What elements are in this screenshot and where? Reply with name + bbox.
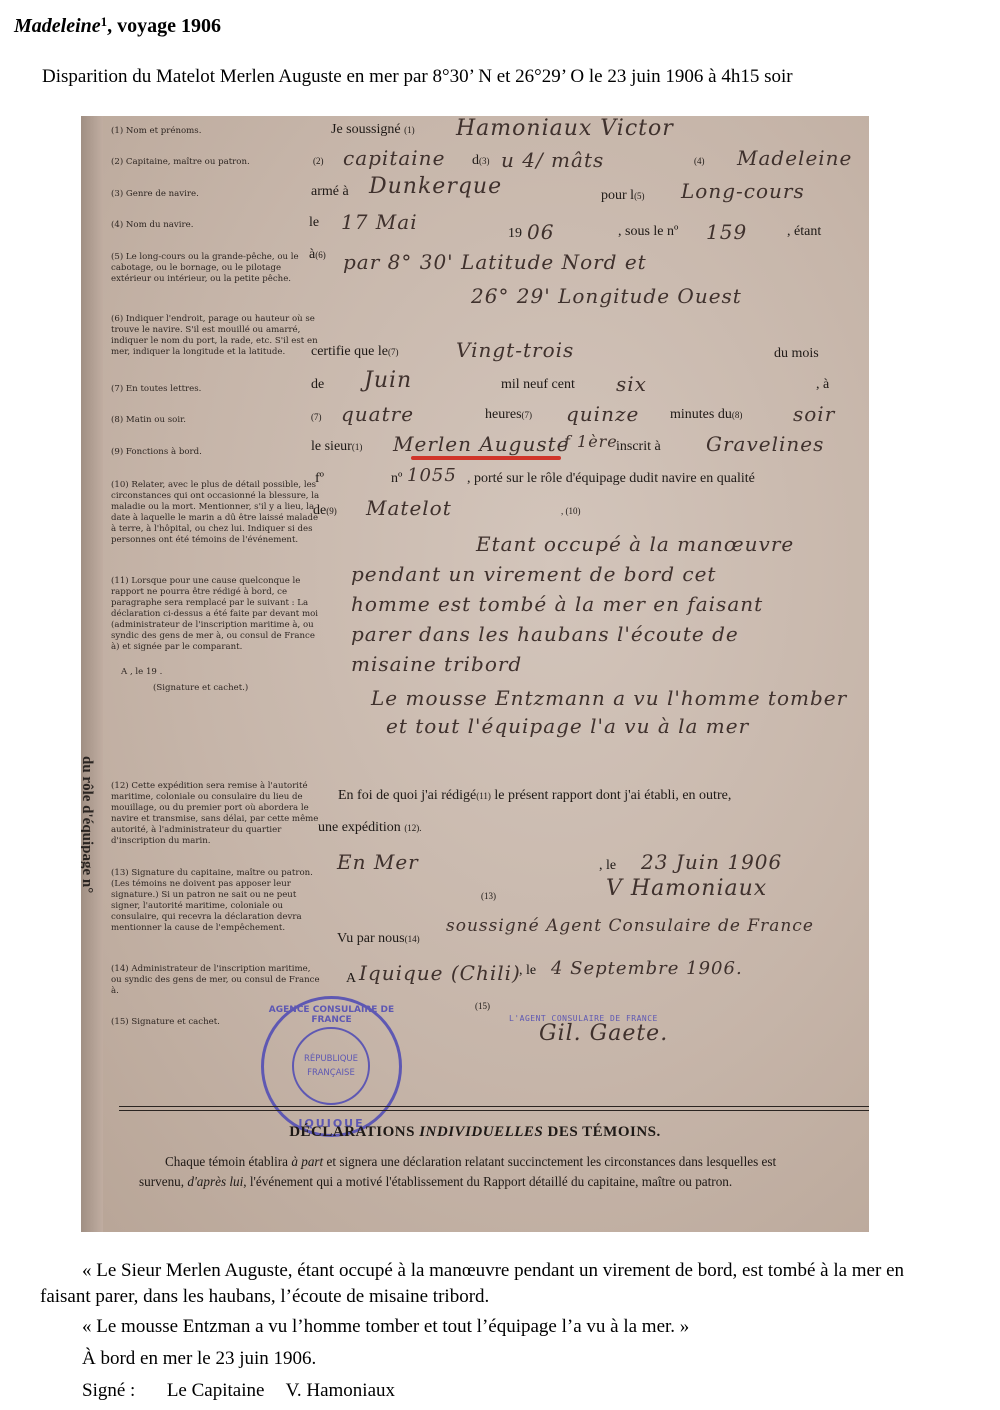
printed-mil-neuf-cent: mil neuf cent	[501, 377, 575, 393]
hw-date-signed: 23 Juin 1906	[641, 850, 782, 874]
signed-label: Signé :	[82, 1380, 135, 1401]
printed-du-mois: du mois	[774, 346, 819, 362]
printed-a-final: A	[346, 971, 356, 987]
hw-year: 06	[527, 220, 554, 244]
printed-arme-a: armé à	[311, 184, 349, 200]
hw-name: Hamoniaux Victor	[456, 116, 674, 141]
document-heading: Madeleine1, voyage 1906	[14, 14, 221, 38]
declarations-title: DÉCLARATIONS INDIVIDUELLES DES TÉMOINS.	[81, 1124, 869, 1141]
printed-pour: pour l(5)	[601, 188, 645, 204]
hw-ship-name: Madeleine	[737, 146, 852, 170]
signer-role: Le Capitaine	[167, 1380, 265, 1401]
printed-minutes-du: minutes du(8)	[670, 407, 742, 423]
hw-date: 17 Mai	[341, 210, 418, 234]
hw-rank: capitaine	[343, 146, 445, 170]
printed-le-sieur: le sieur(1)	[311, 439, 362, 455]
transcription-quote-2: « Le mousse Entzman a vu l’homme tomber …	[40, 1314, 940, 1340]
transcription-signature: Signé : Le Capitaine V. Hamoniaux	[40, 1378, 940, 1404]
margin-note-signature: (Signature et cachet.)	[153, 683, 365, 694]
hw-narrative-6: Le mousse Entzmann a vu l'homme tomber	[371, 686, 847, 710]
margin-note-3: (3) Genre de navire.	[111, 189, 323, 200]
printed-no: nº	[391, 471, 402, 487]
margin-note-11: (11) Lorsque pour une cause quelconque l…	[111, 576, 323, 653]
printed-a6: à(6)	[309, 247, 326, 263]
page-edge	[81, 116, 103, 1232]
margin-note-6: (6) Indiquer l'endroit, parage ou hauteu…	[111, 314, 323, 358]
hw-hours: quatre	[341, 402, 414, 426]
printed-de: de	[311, 377, 324, 393]
hw-folio-number: 1055	[407, 465, 457, 486]
printed-sous-le-no: , sous le nº	[618, 224, 678, 240]
hw-month: Juin	[364, 368, 412, 393]
printed-en-foi: En foi de quoi j'ai rédigé(11) le présen…	[338, 788, 731, 804]
margin-note-7: (7) En toutes lettres.	[111, 384, 323, 395]
printed-year-prefix: 19	[508, 226, 522, 242]
divider-rule-1	[119, 1106, 869, 1107]
printed-je-soussigne: Je soussigné (1)	[331, 122, 415, 138]
hw-narrative-1: Etant occupé à la manœuvre	[476, 532, 794, 556]
printed-comma-a: , à	[816, 377, 829, 393]
hw-ship-type: u 4/ mâts	[501, 148, 604, 172]
margin-note-9: (9) Fonctions à bord.	[111, 447, 323, 458]
hw-narrative-4: parer dans les haubans l'écoute de	[351, 622, 739, 646]
margin-note-1: (1) Nom et prénoms.	[111, 126, 323, 137]
subtitle: Disparition du Matelot Merlen Auguste en…	[42, 66, 793, 88]
hw-narrative-7: et tout l'équipage l'a vu à la mer	[386, 714, 749, 738]
hw-function: Matelot	[366, 496, 452, 520]
printed-n4: (4)	[694, 153, 705, 169]
hw-year-word: six	[616, 372, 647, 396]
margin-note-5: (5) Le long-cours ou la grande-pêche, ou…	[111, 252, 323, 285]
margin-note-14: (14) Administrateur de l'inscription mar…	[111, 964, 323, 997]
printed-heures: heures(7)	[485, 407, 532, 423]
transcription: « Le Sieur Merlen Auguste, étant occupé …	[40, 1258, 940, 1404]
printed-d3: d(3)	[472, 153, 490, 169]
printed-le-date: , le	[599, 858, 616, 874]
printed-le: le	[309, 215, 319, 231]
hw-voyage-type: Long-cours	[681, 179, 805, 203]
printed-n15: (15)	[475, 998, 490, 1014]
margin-side-text: du rôle d'équipage n°	[81, 756, 95, 893]
stamp-ring-text: AGENCE CONSULAIRE DE FRANCE	[264, 1005, 399, 1025]
hw-captain-signature: V Hamoniaux	[606, 876, 767, 901]
hw-minutes: quinze	[566, 402, 639, 426]
printed-fo: fº	[315, 471, 324, 487]
margin-note-4: (4) Nom du navire.	[111, 220, 323, 231]
printed-certifie: certifie que le(7)	[311, 344, 398, 360]
archival-document-photo: du rôle d'équipage n° (1) Nom et prénoms…	[81, 116, 869, 1232]
heading-rest: , voyage 1906	[107, 15, 221, 37]
divider-rule-2	[119, 1110, 869, 1111]
hw-number: 159	[706, 220, 747, 244]
hw-narrative-3: homme est tombé à la mer en faisant	[351, 592, 763, 616]
hw-armed-at: Dunkerque	[369, 174, 502, 199]
hw-registered-at: Gravelines	[706, 432, 824, 456]
hw-class: f 1ère	[564, 432, 618, 451]
transcription-place-date: À bord en mer le 23 juin 1906.	[40, 1346, 940, 1372]
declarations-body: Chaque témoin établira à part et signera…	[139, 1152, 809, 1192]
printed-le-final: , le	[519, 963, 536, 979]
hw-narrative-5: misaine tribord	[351, 652, 522, 676]
hw-position-line2: 26° 29' Longitude Ouest	[471, 284, 742, 308]
margin-note-13: (13) Signature du capitaine, maître ou p…	[111, 868, 323, 934]
hw-day: Vingt-trois	[456, 338, 574, 362]
printed-inscrit-a: inscrit à	[616, 439, 661, 455]
hw-period: soir	[793, 402, 835, 426]
consular-stamp: AGENCE CONSULAIRE DE FRANCE RÉPUBLIQUE F…	[261, 996, 402, 1137]
hw-consul-signature: Gil. Gaete.	[539, 1021, 668, 1046]
printed-de9: de(9)	[313, 503, 337, 519]
hw-consul-line: soussigné Agent Consulaire de France	[446, 916, 814, 936]
hw-position-line1: par 8° 30' Latitude Nord et	[343, 250, 647, 274]
hw-consul-date: 4 Septembre 1906.	[551, 958, 743, 979]
hw-sailor-name: Merlen Auguste	[393, 432, 570, 456]
margin-note-12: (12) Cette expédition sera remise à l'au…	[111, 781, 323, 847]
ship-name: Madeleine	[14, 15, 101, 37]
printed-etant: , étant	[787, 224, 821, 240]
printed-porte-sur: , porté sur le rôle d'équipage dudit nav…	[467, 471, 755, 487]
printed-vu-par-nous: Vu par nous(14)	[337, 931, 420, 947]
stamp-center: RÉPUBLIQUE FRANÇAISE	[292, 1027, 370, 1105]
margin-note-8: (8) Matin ou soir.	[111, 415, 323, 426]
margin-note-10: (10) Relater, avec le plus de détail pos…	[111, 480, 323, 546]
printed-n13: (13)	[481, 888, 496, 904]
red-underline	[411, 456, 561, 460]
transcription-quote-1: « Le Sieur Merlen Auguste, étant occupé …	[40, 1258, 940, 1310]
hw-narrative-2: pendant un virement de bord cet	[351, 562, 716, 586]
printed-n2: (2)	[313, 153, 324, 169]
printed-n10: , (10)	[561, 503, 581, 519]
printed-une-expedition: une expédition (12).	[318, 820, 422, 836]
signer-name: V. Hamoniaux	[286, 1380, 395, 1401]
margin-note-place-date: A , le 19 .	[121, 667, 333, 678]
printed-n7b: (7)	[311, 409, 322, 425]
hw-place: En Mer	[337, 850, 419, 874]
hw-consul-place: Iquique (Chili)	[359, 961, 521, 985]
margin-note-2: (2) Capitaine, maître ou patron.	[111, 157, 323, 168]
